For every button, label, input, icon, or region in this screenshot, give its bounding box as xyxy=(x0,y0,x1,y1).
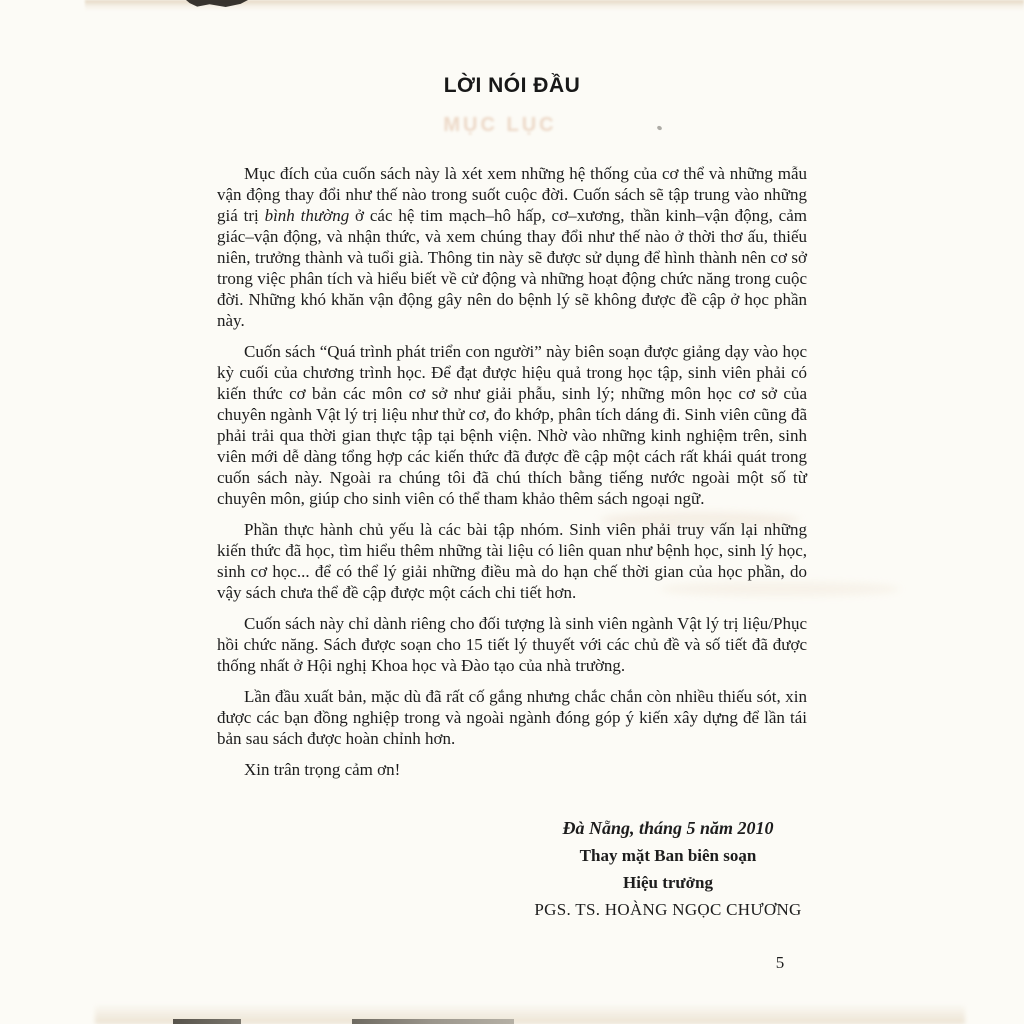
paragraph-1: Mục đích của cuốn sách này là xét xem nh… xyxy=(217,163,807,331)
signature-on-behalf: Thay mặt Ban biên soạn xyxy=(518,842,818,869)
page-bottom-edge-gray-strip xyxy=(352,1019,514,1024)
page-title: LỜI NÓI ĐẦU xyxy=(217,74,807,98)
closing-thanks-line: Xin trân trọng cảm ơn! xyxy=(217,759,807,780)
signature-place-date: Đà Nẵng, tháng 5 năm 2010 xyxy=(518,815,818,842)
signature-name: PGS. TS. HOÀNG NGỌC CHƯƠNG xyxy=(518,896,818,923)
scanned-book-page: LỜI NÓI ĐẦU MỤC LỤC Mục đích của cuốn sá… xyxy=(0,0,1024,1024)
bleedthrough-watermark: MỤC LỤC xyxy=(217,114,783,137)
signature-role: Hiệu trưởng xyxy=(518,869,818,896)
paragraph-3: Phần thực hành chủ yếu là các bài tập nh… xyxy=(217,519,807,603)
signature-block: Đà Nẵng, tháng 5 năm 2010 Thay mặt Ban b… xyxy=(518,815,818,923)
paragraph-4: Cuốn sách này chỉ dành riêng cho đối tượ… xyxy=(217,613,807,676)
page-bottom-edge-dark-mark xyxy=(173,1019,241,1024)
paragraph-5: Lần đầu xuất bản, mặc dù đã rất cố gắng … xyxy=(217,686,807,749)
preface-body: Mục đích của cuốn sách này là xét xem nh… xyxy=(217,163,807,790)
page-number: 5 xyxy=(760,953,800,973)
italic-phrase: bình thường xyxy=(265,206,350,225)
paragraph-2: Cuốn sách “Quá trình phát triển con ngườ… xyxy=(217,341,807,509)
